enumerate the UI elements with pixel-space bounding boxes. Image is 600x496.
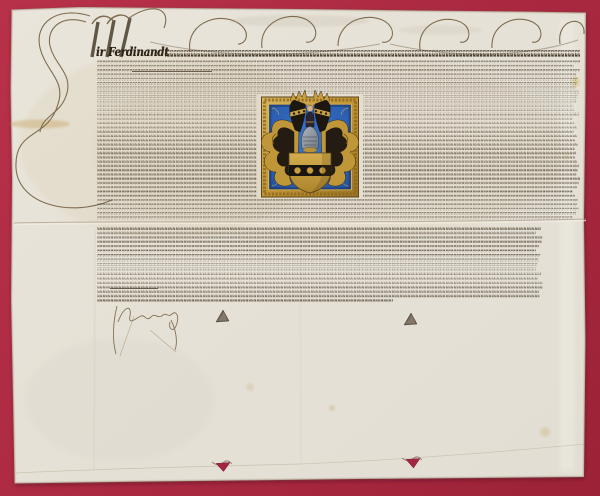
coat-of-arms	[261, 97, 359, 197]
museum-photo: ir Ferdinandt	[0, 0, 600, 496]
cadel-flourish-band	[20, 8, 585, 56]
ferdinand-signature	[108, 300, 188, 356]
charter-render	[0, 0, 600, 496]
